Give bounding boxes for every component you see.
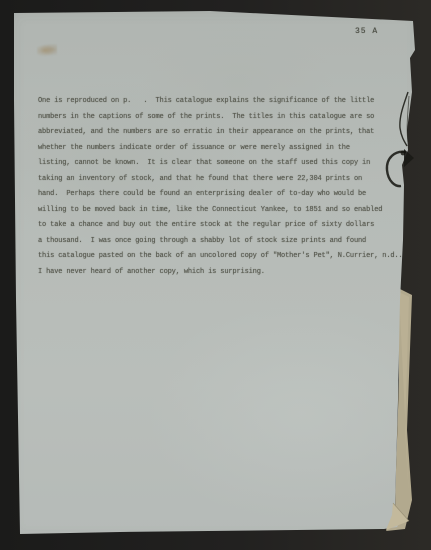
scanned-document: 35 A One is reproduced on p. . This cata…: [0, 0, 431, 550]
tear-hook: [387, 152, 406, 186]
tear-slit: [400, 92, 408, 146]
tear-marks: [0, 0, 431, 550]
folded-corner: [386, 503, 409, 530]
